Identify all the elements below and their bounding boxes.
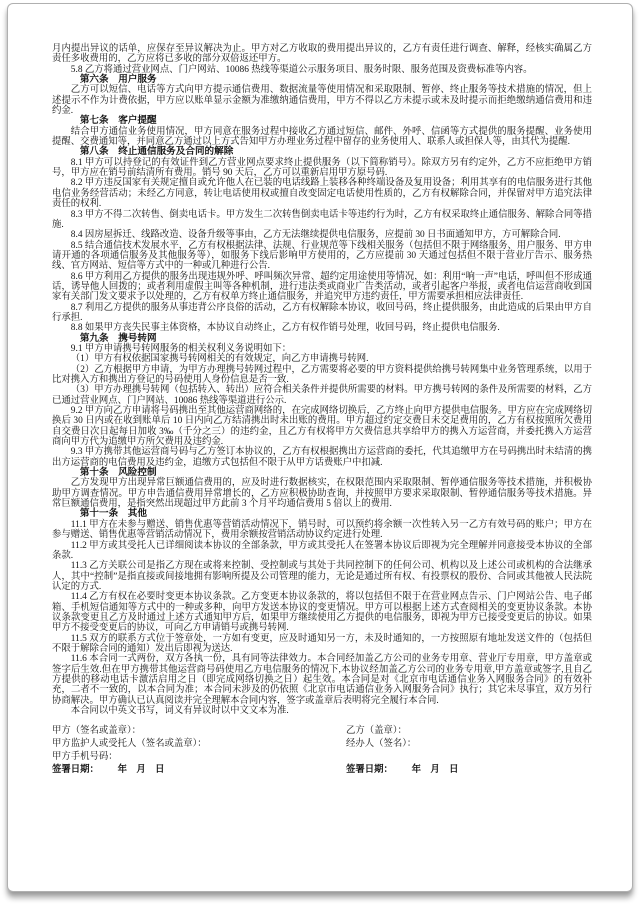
signature-line: 签署日期： 年 月 日 [346,764,592,777]
paragraph: （1）甲方有权依据国家携号转网相关的有效规定，向乙方申请携号转网. [52,354,592,364]
signature-line: 乙方（盖章）： [346,725,592,738]
paragraph: 8.5 结合通信技术发展水平，乙方有权根据法律、法规、行业规范等下线相关服务（包… [52,241,592,272]
signature-line [346,751,592,764]
paragraph: 8.2 甲方违反国家有关规定擅自或允许他人在已装的电话线路上装移各种终端设备及复… [52,178,592,209]
signature-line: 甲方手机号码： [52,751,346,764]
signature-line: 经办人（签名）： [346,738,592,751]
paragraph: 月内提出异议的话单，应保存至异议解决为止。甲方对乙方收取的费用提出异议的，乙方有… [52,44,592,65]
contract-body-text: 月内提出异议的话单，应保存至异议解决为止。甲方对乙方收取的费用提出异议的，乙方有… [52,44,592,777]
paragraph: 11.4 乙方有权在必要时变更本协议条款。乙方变更本协议条款的，将以包括但不限于… [52,592,592,633]
paragraph: 8.7 利用乙方提供的服务从事违背公序良俗的活动，乙方有权解除本协议，收回号码，… [52,303,592,324]
paragraph: 11.2 甲方或其受托人已详细阅读本协议的全部条款，甲方或其受托人在签署本协议后… [52,541,592,562]
paragraph: 11.6 本合同一式两份，双方各执一份，具有同等法律效力。本合同经加盖乙方公司的… [52,654,592,706]
paragraph: 8.1 甲方可以持登记的有效证件到乙方营业网点要求终止提供服务（以下简称销号）。… [52,158,592,179]
paragraph: 9.1 甲方申请携号转网服务的相关权利义务说明如下： [52,344,592,354]
paragraph: （2）乙方根据甲方申请，为甲方办理携号转网过程中，乙方需要将必要的甲方资料提供给… [52,365,592,386]
section-heading: 第九条 携号转网 [52,334,592,344]
paragraph: 11.5 双方的联系方式位于签章处，一方如有变更，应及时通知另一方，未及时通知的… [52,634,592,655]
paragraph: 9.2 甲方向乙方申请将号码携出至其他运营商网络的，在完成网络切换后，乙方终止向… [52,406,592,447]
paragraph: 11.3 乙方关联公司是指乙方现在或将来控制、受控制或与其处于共同控制下的任何公… [52,561,592,592]
signature-line: 甲方监护人或受托人（签名或盖章）： [52,738,346,751]
paragraph: 结合甲方通信业务使用情况，甲方同意在服务过程中接收乙方通过短信、邮件、外呼、信函… [52,127,592,148]
signature-party-b-column: 乙方（盖章）：经办人（签名）：签署日期： 年 月 日 [346,725,592,777]
signature-line: 甲方（签名或盖章）： [52,725,346,738]
signature-line: 签署日期： 年 月 日 [52,764,346,777]
paragraph: 11.1 甲方在未参与赠送、销售优惠等营销活动情况下，销号时，可以预约将余额一次… [52,520,592,541]
signature-block: 甲方（签名或盖章）：甲方监护人或受托人（签名或盖章）：甲方手机号码：签署日期： … [52,725,592,777]
section-heading: 第十一条 其他 [52,509,592,519]
contract-page: 月内提出异议的话单，应保存至异议解决为止。甲方对乙方收取的费用提出异议的，乙方有… [7,3,633,892]
paragraph: 本合同以中英文书写，词义有异议时以中文文本为准. [52,706,592,716]
signature-party-a-column: 甲方（签名或盖章）：甲方监护人或受托人（签名或盖章）：甲方手机号码：签署日期： … [52,725,346,777]
paragraph: 9.3 甲方携带其他运营商号码与乙方签订本协议的，乙方有权根据携出方运营商的委托… [52,447,592,468]
section-heading: 第六条 用户服务 [52,75,592,85]
paragraph-list: 月内提出异议的话单，应保存至异议解决为止。甲方对乙方收取的费用提出异议的，乙方有… [52,44,592,716]
paragraph: 乙方发现甲方出现异常巨额通信费用的，应及时进行数据核实，在权限范围内采取限制、暂… [52,478,592,509]
paragraph: 8.4 因房屋拆迁、线路改造、设备升级等事由，乙方无法继续提供电信服务，应提前 … [52,230,592,240]
section-heading: 第七条 客户提醒 [52,116,592,126]
paragraph: （3）甲方办理携号转网（包括转入、转出）应符合相关条件并提供所需要的材料。甲方携… [52,385,592,406]
section-heading: 第十条 风险控制 [52,468,592,478]
paragraph: 8.3 甲方不得二次转售、倒卖电话卡。甲方发生二次转售倒卖电话卡等违约行为时，乙… [52,210,592,231]
paragraph: 8.6 甲方利用乙方提供的服务出现违规外呼、呼叫频次异常、超约定用途使用等情况，… [52,272,592,303]
section-heading: 第八条 终止通信服务及合同的解除 [52,147,592,157]
paragraph: 乙方可以短信、电话等方式向甲方提示通信费用、数据流量等使用情况和采取限制、暂停、… [52,85,592,116]
